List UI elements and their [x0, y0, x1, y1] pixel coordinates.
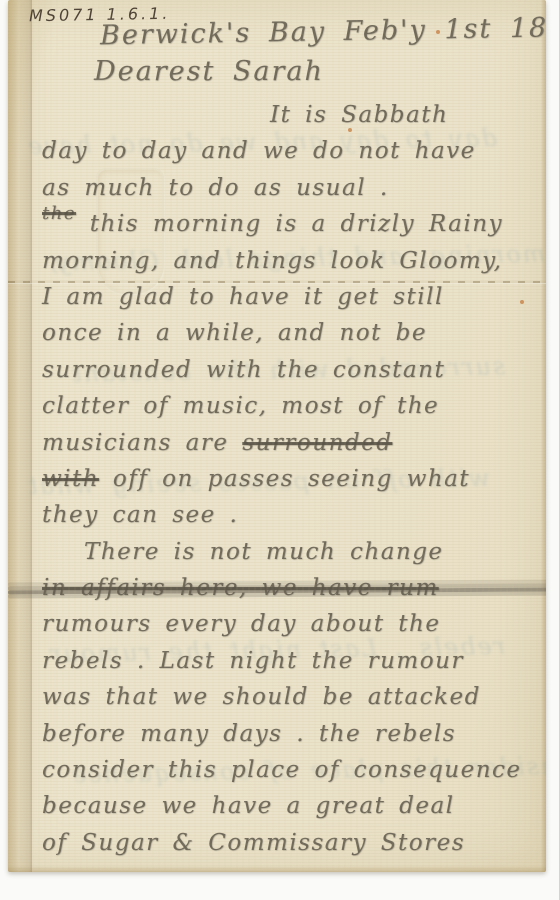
letter-line: because we have a great deal	[42, 788, 538, 824]
letter-text: day to day and we do not have	[42, 138, 476, 164]
letter-line: day to day and we do not have	[42, 133, 538, 169]
letter-line: morning, and things look Gloomy,	[42, 243, 538, 279]
letter-line: consider this place of consequence	[42, 752, 538, 788]
letter-text: I am glad to have it get still	[42, 284, 444, 310]
letter-line: clatter of music, most of the	[42, 388, 538, 424]
letter-line: surrounded with the constant	[42, 352, 538, 388]
letter-text: It is Sabbath	[270, 102, 448, 128]
letter-body: It is Sabbathday to day and we do not ha…	[42, 97, 538, 861]
letter-text: surrounded with the constant	[42, 357, 445, 383]
letter-text: clatter of music, most of the	[42, 393, 439, 419]
letter-line: I am glad to have it get still	[42, 279, 538, 315]
letter-line: once in a while, and not be	[42, 315, 538, 351]
right-paper-edge	[541, 0, 546, 872]
letter-line: musicians are surrounded	[42, 425, 538, 461]
letter-line: of Sugar & Commissary Stores	[42, 825, 538, 861]
letter-line: rebels . Last night the rumour	[42, 643, 538, 679]
letter-line: in affairs here, we have rum	[42, 570, 538, 606]
letter-text: musicians are	[42, 430, 242, 456]
letter-line: rumours every day about the	[42, 606, 538, 642]
letter-line: the this morning is a drizly Rainy	[42, 206, 538, 242]
letter-text: surrounded	[242, 430, 392, 456]
letter-text: was that we should be attacked	[42, 684, 481, 710]
letter-text: consider this place of consequence	[42, 757, 522, 783]
letter-text: off on passes seeing what	[99, 466, 470, 492]
letter-line: before many days . the rebels	[42, 716, 538, 752]
letter-text: they can see .	[42, 502, 238, 528]
letter-text: of Sugar & Commissary Stores	[42, 830, 465, 856]
bottom-paper-edge	[8, 866, 546, 872]
left-fold-edge	[8, 0, 32, 872]
letter-line: they can see .	[42, 497, 538, 533]
letter-text: rumours every day about the	[42, 611, 440, 637]
letter-text: once in a while, and not be	[42, 320, 427, 346]
letter-text: before many days . the rebels	[42, 721, 456, 747]
letter-text: the	[42, 203, 76, 224]
letter-text: There is not much change	[84, 539, 444, 565]
letter-line: There is not much change	[42, 534, 538, 570]
letter-line: was that we should be attacked	[42, 679, 538, 715]
letter-text: morning, and things look Gloomy,	[42, 248, 502, 274]
scanned-letter-page: { "colors": { "paper": "#ebe3cb", "penci…	[0, 0, 559, 900]
letter-paper: day to day and we do not havemorning, an…	[8, 0, 546, 872]
letter-line: as much to do as usual .	[42, 170, 538, 206]
letter-line: with off on passes seeing what	[42, 461, 538, 497]
letter-text: because we have a great deal	[42, 793, 455, 819]
letter-text: with	[42, 466, 99, 492]
letter-text: as much to do as usual .	[42, 175, 389, 201]
letter-text: this morning is a drizly Rainy	[76, 211, 503, 237]
letter-line: It is Sabbath	[42, 97, 538, 133]
letter-text: in affairs here, we have rum	[42, 575, 439, 601]
letter-salutation: Dearest Sarah	[94, 56, 324, 87]
letter-text: rebels . Last night the rumour	[42, 648, 464, 674]
